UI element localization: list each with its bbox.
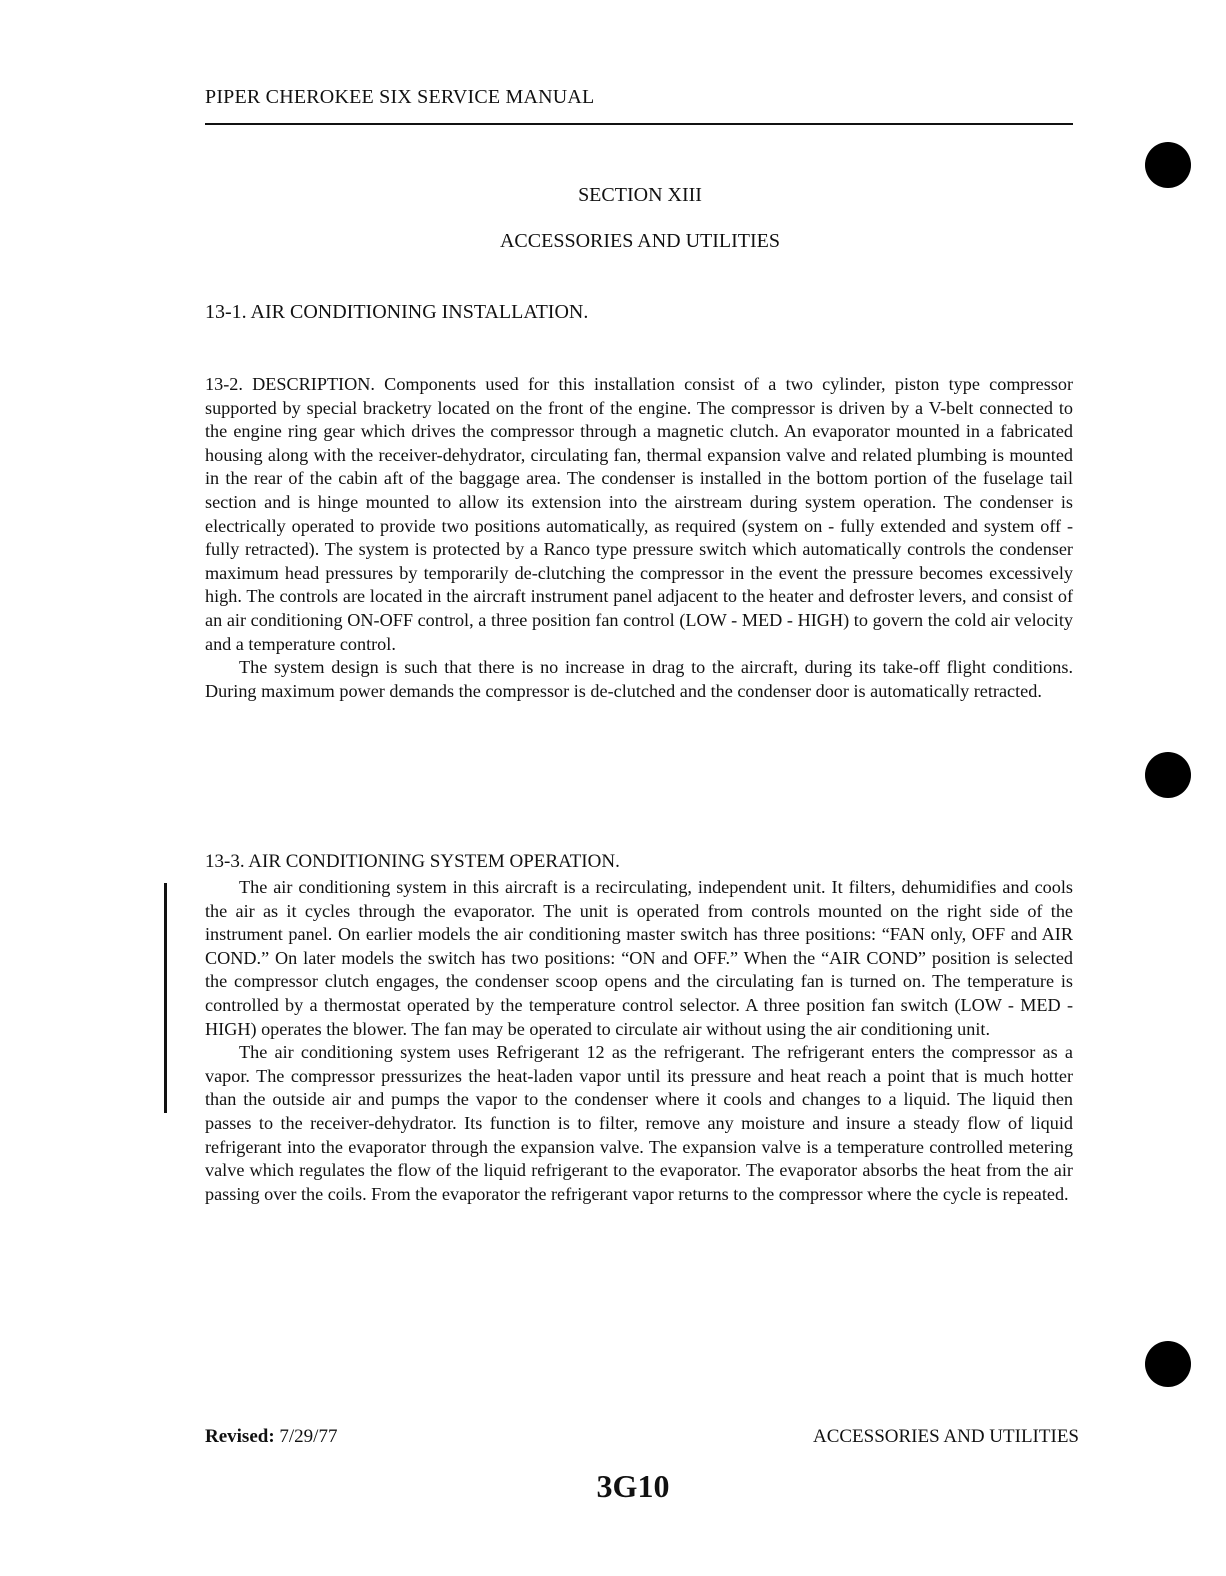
operation-section: The air conditioning system in this airc… (205, 876, 1073, 1206)
revised-label: Revised: (205, 1426, 275, 1447)
manual-title: PIPER CHEROKEE SIX SERVICE MANUAL (205, 86, 594, 109)
page-number: 3G10 (0, 1468, 1226, 1505)
description-paragraph-1: 13-2. DESCRIPTION. Components used for t… (205, 373, 1073, 656)
operation-paragraph-2: The air conditioning system uses Refrige… (205, 1041, 1073, 1206)
section-number: SECTION XIII (0, 184, 1226, 207)
description-paragraph-2: The system design is such that there is … (205, 656, 1073, 703)
section-name: ACCESSORIES AND UTILITIES (0, 230, 1226, 253)
heading-13-1: 13-1. AIR CONDITIONING INSTALLATION. (205, 301, 588, 324)
revised-date-value: 7/29/77 (279, 1426, 337, 1447)
revision-bar (164, 883, 167, 1113)
operation-paragraph-1: The air conditioning system in this airc… (205, 876, 1073, 1041)
punch-hole (1145, 752, 1191, 798)
header-rule (205, 123, 1073, 125)
punch-hole (1145, 1341, 1191, 1387)
revision-date: Revised: 7/29/77 (205, 1426, 337, 1448)
description-section: 13-2. DESCRIPTION. Components used for t… (205, 373, 1073, 703)
punch-hole (1145, 142, 1191, 188)
footer-section-name: ACCESSORIES AND UTILITIES (813, 1426, 1079, 1448)
heading-13-3: 13-3. AIR CONDITIONING SYSTEM OPERATION. (205, 851, 620, 873)
